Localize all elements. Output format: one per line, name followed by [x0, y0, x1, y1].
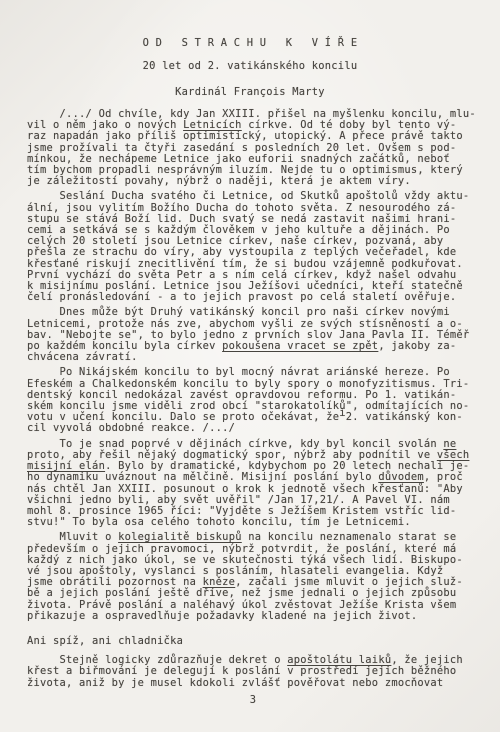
paragraph-4: Po Nikájském koncilu to byl mocný návrat…: [27, 367, 479, 434]
paragraph-3: Dnes může být Druhý vatikánský koncil pr…: [27, 307, 479, 363]
paragraph-5: To je snad poprvé v dějinách církve, kdy…: [27, 439, 479, 529]
paragraph-6: Mluvit o kolegialitě biskupů na koncilu …: [27, 532, 479, 622]
document-subtitle: 20 let od 2. vatikánského koncilu: [0, 61, 500, 72]
document-page: O D S T R A C H U K V Í Ř E 20 let od 2.…: [0, 0, 500, 732]
document-body: /.../ Od chvíle, kdy Jan XXIII. přišel n…: [27, 109, 479, 706]
document-author: Kardinál François Marty: [0, 87, 500, 98]
paragraph-7: Stejně logicky zdůrazňuje dekret o apošt…: [27, 655, 479, 689]
paragraph-1: /.../ Od chvíle, kdy Jan XXIII. přišel n…: [27, 109, 479, 187]
section-heading: Ani spíž, ani chladnička: [27, 636, 479, 647]
paragraph-2: Seslání Ducha svatého či Letnice, od Sku…: [27, 191, 479, 303]
page-number: 3: [27, 695, 479, 706]
document-title: O D S T R A C H U K V Í Ř E: [0, 0, 500, 49]
